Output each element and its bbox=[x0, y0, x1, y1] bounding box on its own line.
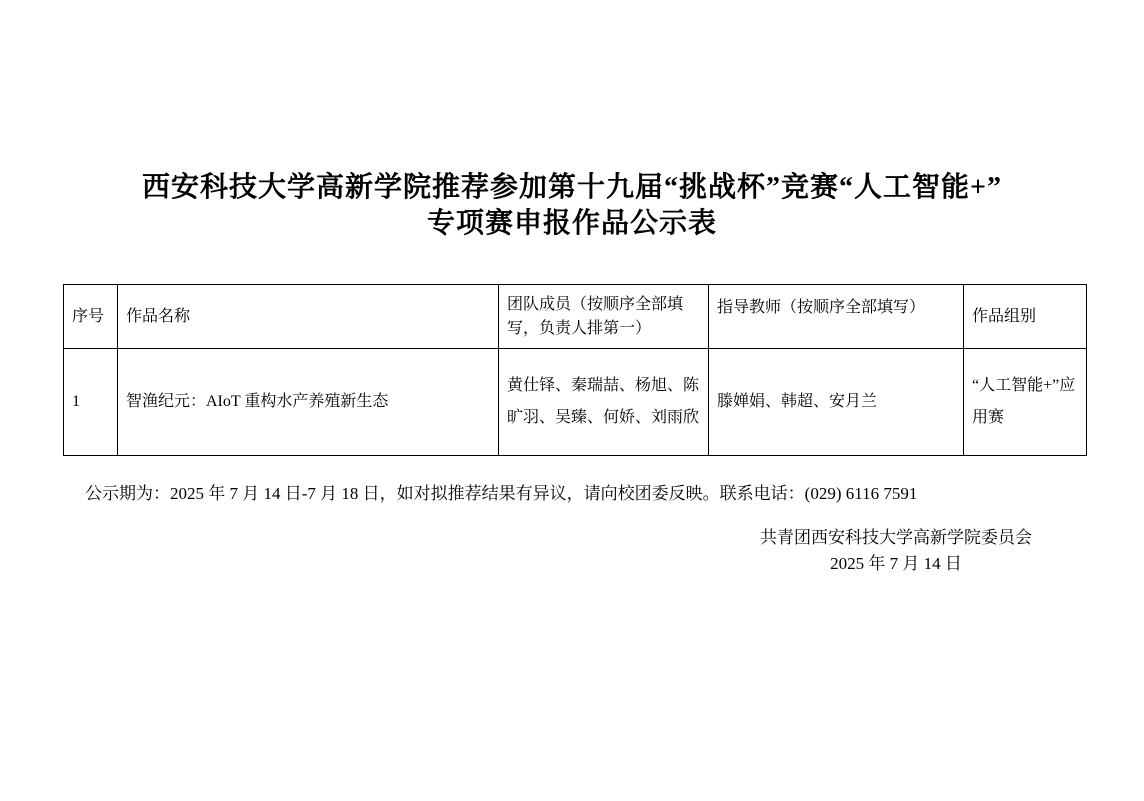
cell-group: “人工智能+”应用赛 bbox=[964, 349, 1087, 456]
title-line-2: 专项赛申报作品公示表 bbox=[0, 206, 1144, 242]
table-row: 1 智渔纪元：AIoT 重构水产养殖新生态 黄仕铎、秦瑞喆、杨旭、陈旷羽、吴臻、… bbox=[64, 349, 1087, 456]
signature-date: 2025 年 7 月 14 日 bbox=[760, 551, 1032, 577]
document-title: 西安科技大学高新学院推荐参加第十九届“挑战杯”竞赛“人工智能+” 专项赛申报作品… bbox=[0, 170, 1144, 242]
table-header-row: 序号 作品名称 团队成员（按顺序全部填写，负责人排第一） 指导教师（按顺序全部填… bbox=[64, 285, 1087, 349]
signature-org: 共青团西安科技大学高新学院委员会 bbox=[760, 525, 1032, 551]
title-line-1: 西安科技大学高新学院推荐参加第十九届“挑战杯”竞赛“人工智能+” bbox=[0, 170, 1144, 206]
cell-team-members: 黄仕铎、秦瑞喆、杨旭、陈旷羽、吴臻、何娇、刘雨欣 bbox=[499, 349, 709, 456]
signature-block: 共青团西安科技大学高新学院委员会 2025 年 7 月 14 日 bbox=[760, 525, 1032, 577]
header-cell-group: 作品组别 bbox=[964, 285, 1087, 349]
header-cell-no: 序号 bbox=[64, 285, 118, 349]
document-page: 西安科技大学高新学院推荐参加第十九届“挑战杯”竞赛“人工智能+” 专项赛申报作品… bbox=[0, 0, 1144, 801]
cell-no: 1 bbox=[64, 349, 118, 456]
works-table: 序号 作品名称 团队成员（按顺序全部填写，负责人排第一） 指导教师（按顺序全部填… bbox=[63, 284, 1087, 456]
header-cell-team-members: 团队成员（按顺序全部填写，负责人排第一） bbox=[499, 285, 709, 349]
notice-text: 公示期为：2025 年 7 月 14 日-7 月 18 日，如对拟推荐结果有异议… bbox=[85, 483, 1144, 505]
cell-teachers: 滕婵娟、韩超、安月兰 bbox=[709, 349, 964, 456]
cell-work-name: 智渔纪元：AIoT 重构水产养殖新生态 bbox=[118, 349, 499, 456]
header-cell-work-name: 作品名称 bbox=[118, 285, 499, 349]
header-cell-teachers: 指导教师（按顺序全部填写） bbox=[709, 285, 964, 349]
